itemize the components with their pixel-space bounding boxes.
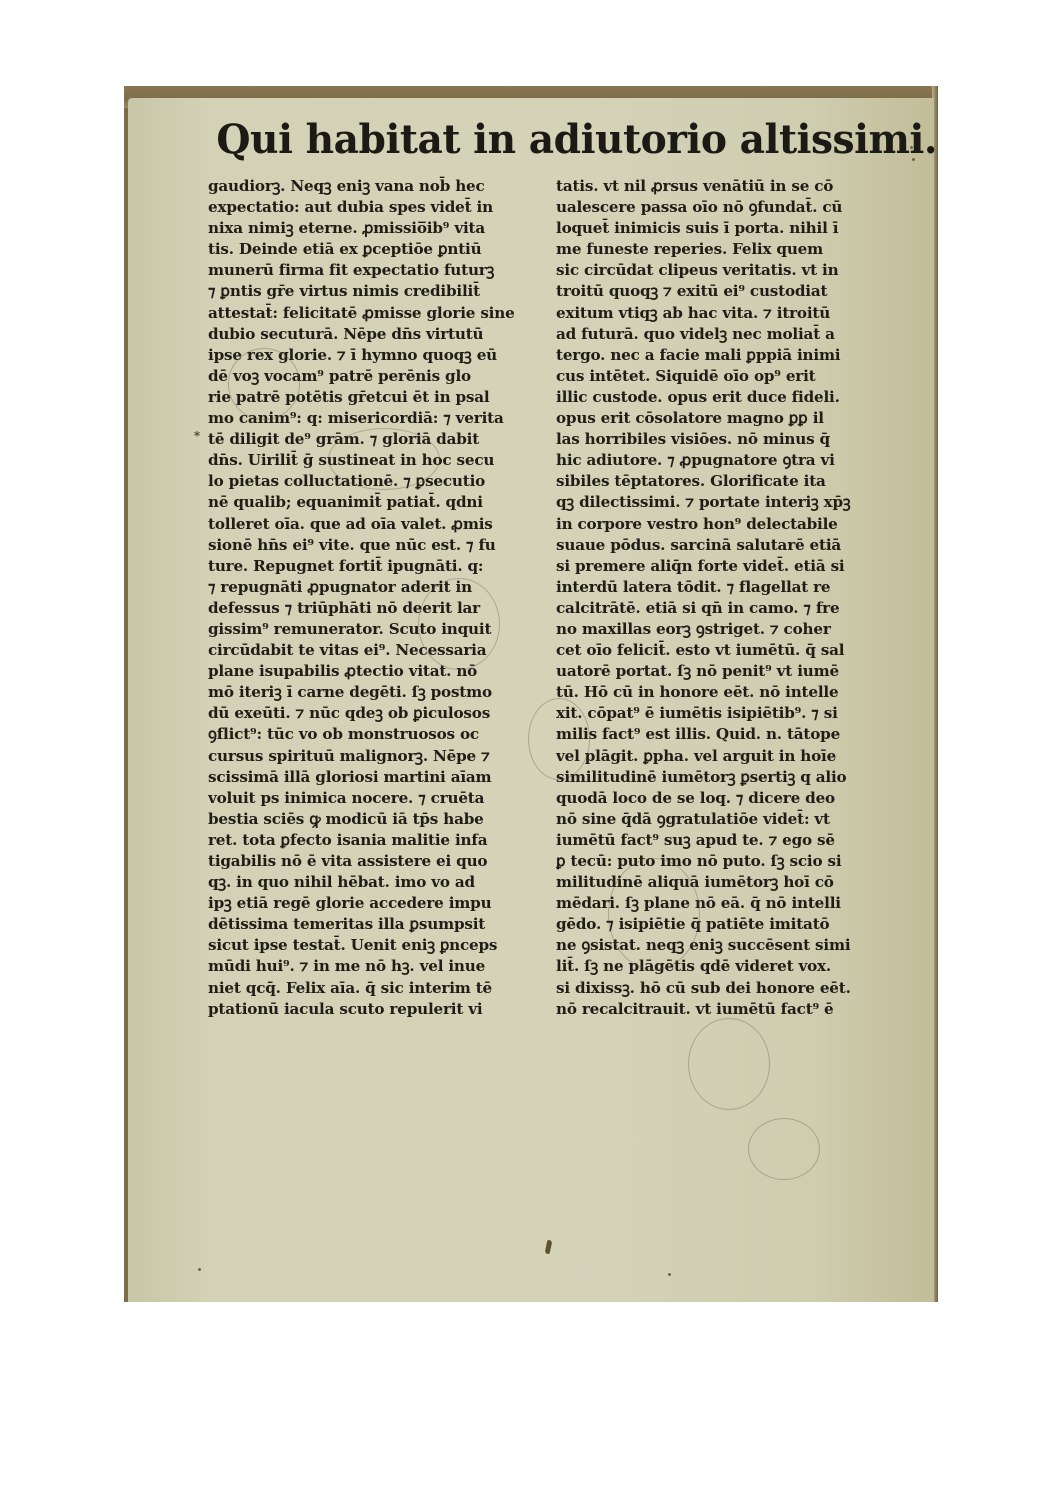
text-line: tū. Hō cū in honore eēt. nō intelle bbox=[556, 682, 906, 703]
text-line: mūdi hui⁹. ⁊ in me nō hꝫ. vel inue bbox=[208, 956, 546, 977]
text-line: ptationū iacula scuto repulerit vi bbox=[208, 999, 546, 1020]
text-line: militudinē aliquā iumētorꝫ hoī cō bbox=[556, 872, 906, 893]
text-line: tis. Deinde etiā ex ꝑceptiōe ꝑntiū bbox=[208, 239, 546, 260]
text-line: lo pietas colluctationē. ⁊ ꝑsecutio bbox=[208, 471, 546, 492]
text-line: ipꝫ etiā regē glorie accedere impu bbox=[208, 893, 546, 914]
text-line: si dixissꝫ. hō cū sub dei honore eēt. bbox=[556, 978, 906, 999]
text-line: ualescere passa oīo nō ꝯfundat̄. cū bbox=[556, 197, 906, 218]
text-line: similitudinē iumētorꝫ ꝑsertiꝫ q alio bbox=[556, 767, 906, 788]
text-line: me funeste reperies. Felix quem bbox=[556, 239, 906, 260]
text-line: illic custode. opus erit duce fideli. bbox=[556, 387, 906, 408]
text-line: iumētū fact⁹ suꝫ apud te. ⁊ ego sē bbox=[556, 830, 906, 851]
text-line: dn̄s. Uirilit̄ ḡ sustineat in hoc secu bbox=[208, 450, 546, 471]
text-line: sicut ipse testat̄. Uenit eniꝫ ꝑnceps bbox=[208, 935, 546, 956]
text-line: vel plāgit. ꝑpha. vel arguit in hoīe bbox=[556, 746, 906, 767]
text-column-right: tatis. vt nil ꝓrsus venātiū in se cō ual… bbox=[556, 176, 906, 1020]
text-line: gissim⁹ remunerator. Scuto inquit bbox=[208, 619, 546, 640]
paper-speck bbox=[668, 1273, 671, 1276]
text-line: dū exeūti. ⁊ nūc qdeꝫ ob ꝑiculosos bbox=[208, 703, 546, 724]
text-line: sibiles tēptatores. Glorificate ita bbox=[556, 471, 906, 492]
text-line: interdū latera tōdit. ⁊ flagellat re bbox=[556, 577, 906, 598]
text-line: ture. Repugnet fortit̄ ipugnāti. q: bbox=[208, 556, 546, 577]
text-line: tatis. vt nil ꝓrsus venātiū in se cō bbox=[556, 176, 906, 197]
text-line: defessus ⁊ triūphāti nō deerit lar bbox=[208, 598, 546, 619]
text-line: ꝯflict⁹: tūc vo ob monstruosos oc bbox=[208, 724, 546, 745]
text-line: uatorē portat. ſꝫ nō penit⁹ vt iumē bbox=[556, 661, 906, 682]
text-line: loquet̄ inimicis suis ī porta. nihil ī bbox=[556, 218, 906, 239]
paper-leaf: Qui habitat in adiutorio altissimi. * ga… bbox=[128, 98, 934, 1302]
text-line: munerū firma fit expectatio futurꝫ bbox=[208, 260, 546, 281]
text-line: nixa nimiꝫ eterne. ꝓmissio̅ib⁹ vita bbox=[208, 218, 546, 239]
text-line: tigabilis nō ē vita assistere ei quo bbox=[208, 851, 546, 872]
text-line: hic adiutore. ⁊ ꝓpugnatore ꝯtra vi bbox=[556, 450, 906, 471]
paper-speck bbox=[912, 158, 915, 161]
text-line: sic circūdat clipeus veritatis. vt in bbox=[556, 260, 906, 281]
text-line: gēdo. ⁊ isipiētie q̄ patiēte imitatō bbox=[556, 914, 906, 935]
text-line: attestat̄: felicitatē ꝓmisse glorie sine bbox=[208, 303, 546, 324]
text-line: las horribiles visiōes. nō minus q̄ bbox=[556, 429, 906, 450]
text-line: nō sine q̄dā ꝯgratulatiōe videt̄: vt bbox=[556, 809, 906, 830]
text-line: xit. cōpat⁹ ē iumētis isipiētib⁹. ⁊ si bbox=[556, 703, 906, 724]
text-line: cet oīo felicit̄. esto vt iumētū. q̄ sal bbox=[556, 640, 906, 661]
text-line: si premere aliq̄n forte videt̄. etiā si bbox=[556, 556, 906, 577]
text-line: qꝫ. in quo nihil hēbat. imo vo ad bbox=[208, 872, 546, 893]
text-line: ⁊ repugnāti ꝓpugnator aderit in bbox=[208, 577, 546, 598]
text-line: lit̄. ſꝫ ne plāgētis qdē videret vox. bbox=[556, 956, 906, 977]
text-line: tolleret oīa. que ad oīa valet. ꝓmis bbox=[208, 514, 546, 535]
watermark-stamp bbox=[748, 1118, 820, 1180]
text-line: opus erit cōsolatore magno ꝑꝑ il bbox=[556, 408, 906, 429]
ink-blot-mark bbox=[545, 1240, 553, 1255]
text-line: milis fact⁹ est illis. Quid. n. tātope bbox=[556, 724, 906, 745]
text-line: scissimā illā gloriosi martini aīam bbox=[208, 767, 546, 788]
text-line: circūdabit te vitas ei⁹. Necessaria bbox=[208, 640, 546, 661]
text-line: exitum vtiqꝫ ab hac vita. ⁊ itroitū bbox=[556, 303, 906, 324]
text-line: sionē hn̄s ei⁹ vite. que nūc est. ⁊ fu bbox=[208, 535, 546, 556]
text-column-left: gaudiorꝫ. Neqꝫ eniꝫ vana nob̄ hec expect… bbox=[208, 176, 546, 1020]
text-line: expectatio: aut dubia spes videt̄ in bbox=[208, 197, 546, 218]
text-line: troitū quoqꝫ ⁊ exitū ei⁹ custodiat bbox=[556, 281, 906, 302]
text-line: plane isupabilis ꝓtectio vitat. nō bbox=[208, 661, 546, 682]
text-line: mo canim⁹: q: misericordiā: ⁊ verita bbox=[208, 408, 546, 429]
text-line: no maxillas eorꝫ ꝯstriget. ⁊ coher bbox=[556, 619, 906, 640]
paper-speck bbox=[910, 146, 913, 149]
running-title: Qui habitat in adiutorio altissimi. bbox=[216, 116, 843, 163]
text-line: ad futurā. quo videlꝫ nec moliat̄ a bbox=[556, 324, 906, 345]
text-line: nō recalcitrauit. vt iumētū fact⁹ ē bbox=[556, 999, 906, 1020]
text-line: nē qualib; equanimit̄ patiat̄. qdni bbox=[208, 492, 546, 513]
text-line: mēdari. ſꝫ plane nō eā. q̄ nō intelli bbox=[556, 893, 906, 914]
scanned-page-frame: Qui habitat in adiutorio altissimi. * ga… bbox=[124, 86, 938, 1302]
text-line: dubio secuturā. Nēpe dn̄s virtutū bbox=[208, 324, 546, 345]
text-line: ne ꝯsistat. neqꝫ eniꝫ succēsent simi bbox=[556, 935, 906, 956]
watermark-stamp bbox=[688, 1018, 770, 1110]
text-line: qꝫ dilectissimi. ⁊ portate interiꝫ xp̄ꝫ bbox=[556, 492, 906, 513]
text-line: voluit ps inimica nocere. ⁊ cruēta bbox=[208, 788, 546, 809]
text-line: ipse rex glorie. ⁊ ī hymno quoqꝫ eū bbox=[208, 345, 546, 366]
text-line: mō iteriꝫ ī carne degēti. ſꝫ postmo bbox=[208, 682, 546, 703]
paper-speck bbox=[198, 1268, 201, 1271]
margin-asterisk: * bbox=[194, 429, 200, 443]
text-line: gaudiorꝫ. Neqꝫ eniꝫ vana nob̄ hec bbox=[208, 176, 546, 197]
text-line: calcitrātē. etiā si qn̄ in camo. ⁊ fre bbox=[556, 598, 906, 619]
text-line: tergo. nec a facie mali ꝑppiā inimi bbox=[556, 345, 906, 366]
text-line: bestia sciēs ꝙ modicū iā tp̄s habe bbox=[208, 809, 546, 830]
text-line: dētissima temeritas illa ꝑsumpsit bbox=[208, 914, 546, 935]
text-line: cus intētet. Siquidē oīo op⁹ erit bbox=[556, 366, 906, 387]
text-line: rie patrē potētis gr̄etcui ēt in psal bbox=[208, 387, 546, 408]
text-line: tē diligit de⁹ grām. ⁊ gloriā dabit bbox=[208, 429, 546, 450]
text-line: ret. tota ꝑfecto isania malitie infa bbox=[208, 830, 546, 851]
text-line: quodā loco de se loq. ⁊ dicere deo bbox=[556, 788, 906, 809]
text-line: niet qcq̄. Felix aīa. q̄ sic interim tē bbox=[208, 978, 546, 999]
text-line: dē voꝫ vocam⁹ patrē perēnis glo bbox=[208, 366, 546, 387]
text-line: ⁊ ꝑntis gr̄e virtus nimis credibilit̄ bbox=[208, 281, 546, 302]
text-line: in corpore vestro hon⁹ delectabile bbox=[556, 514, 906, 535]
text-line: cursus spirituū malignorꝫ. Nēpe ⁊ bbox=[208, 746, 546, 767]
text-line: ꝑ tecū: puto imo nō puto. ſꝫ scio si bbox=[556, 851, 906, 872]
text-line: suaue pōdus. sarcinā salutarē etiā bbox=[556, 535, 906, 556]
